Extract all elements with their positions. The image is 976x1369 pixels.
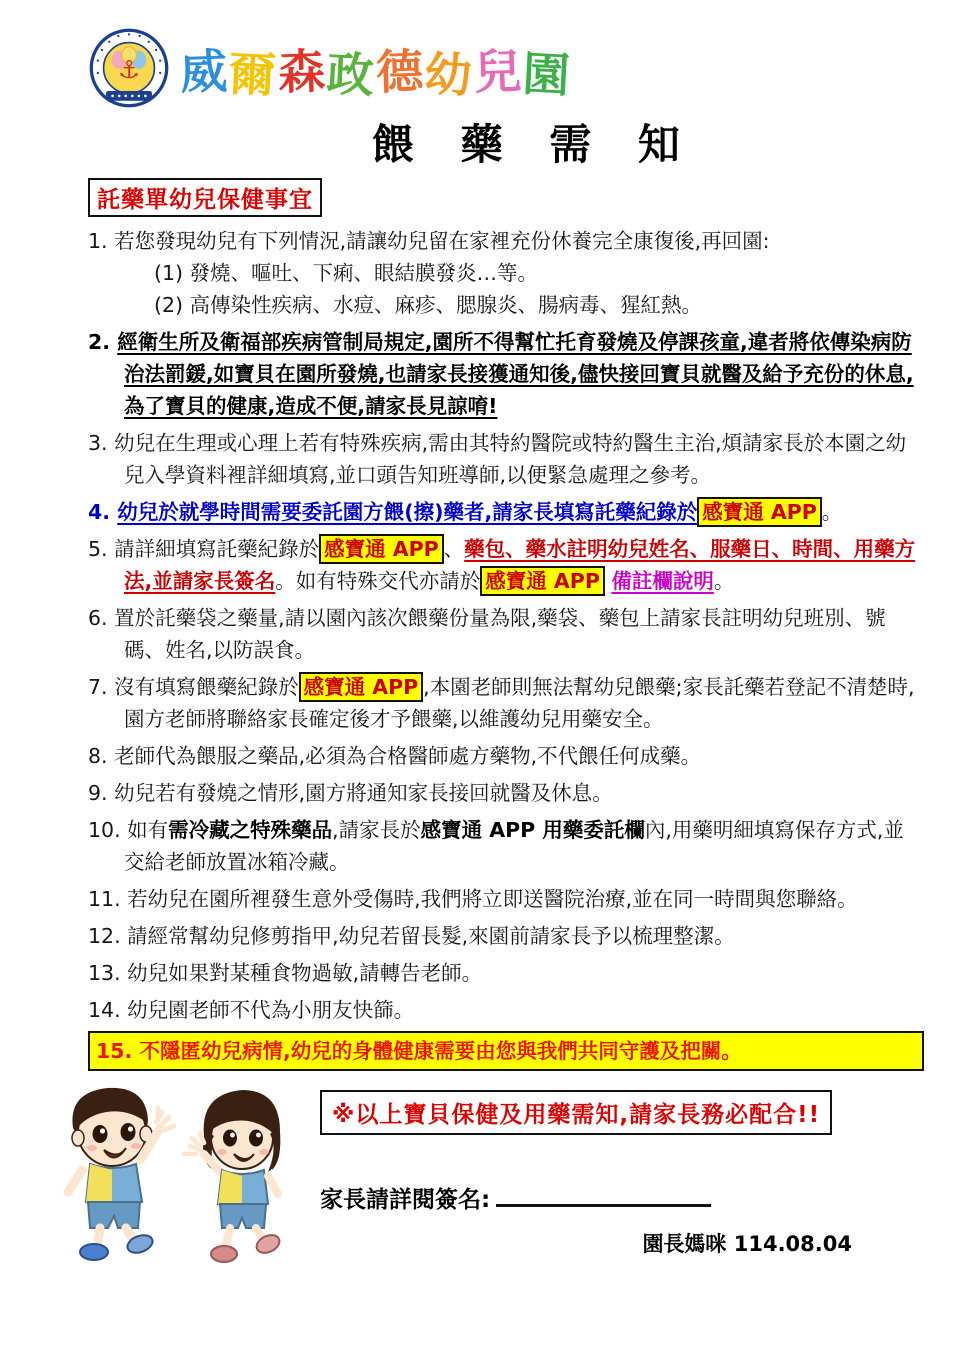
item-text-segment: 老師代為餵服之藥品,必須為合格醫師處方藥物,不代餵任何成藥。 bbox=[114, 744, 701, 768]
item-number: 1. bbox=[88, 229, 114, 253]
item-number: 15. bbox=[96, 1039, 139, 1063]
item-text-segment: 幼兒若有發燒之情形,園方將通知家長接回就醫及休息。 bbox=[114, 781, 613, 805]
item-number: 11. bbox=[88, 887, 127, 911]
item-text-segment: 感寶通 APP 用藥委託欄 bbox=[421, 818, 645, 842]
item-number: 4. bbox=[88, 500, 117, 524]
item-number: 14. bbox=[88, 998, 127, 1022]
footer-right: ※以上寶貝保健及用藥需知,請家長務必配合!! 家長請詳閱簽名: 園長媽咪 114… bbox=[320, 1076, 920, 1268]
date-line: 園長媽咪 114.08.04 bbox=[320, 1228, 920, 1258]
signature-row: 家長請詳閱簽名: bbox=[320, 1181, 920, 1214]
school-emblem-icon: ⚓ bbox=[88, 27, 170, 109]
item-text-segment: 幼兒在生理或心理上若有特殊疾病,需由其特約醫院或特約醫生主治,煩請家長於本園之幼… bbox=[114, 431, 906, 487]
school-name-char: 園 bbox=[521, 36, 573, 105]
item-number: 7. bbox=[88, 675, 114, 699]
children-illustration bbox=[28, 1076, 320, 1268]
item-text-segment: 幼兒園老師不代為小朋友快篩。 bbox=[127, 998, 414, 1022]
school-name-char: 兒 bbox=[473, 34, 524, 103]
notice-item-6: 6. 置於託藥袋之藥量,請以園內該次餵藥份量為限,藥袋、藥包上請家長註明幼兒班別… bbox=[88, 602, 916, 666]
notice-item-3: 3. 幼兒在生理或心理上若有特殊疾病,需由其特約醫院或特約醫生主治,煩請家長於本… bbox=[88, 427, 916, 491]
school-name-char: 德 bbox=[375, 34, 426, 103]
school-name-char: 森 bbox=[277, 34, 328, 103]
school-name-char: 政 bbox=[325, 36, 377, 105]
item-text-segment: 若您發現幼兒有下列情況,請讓幼兒留在家裡充份休養完全康復後,再回園: bbox=[114, 229, 769, 253]
notice-item-15: 15. 不隱匿幼兒病情,幼兒的身體健康需要由您與我們共同守護及把關。 bbox=[88, 1031, 924, 1071]
item-number: 10. bbox=[88, 818, 127, 842]
notice-page: ⚓ 威爾森政德幼兒園 餵 藥 需 知 託藥單幼兒保健事宜 1. 若您發現幼兒有下… bbox=[0, 0, 976, 1369]
item-text-segment: 幼兒如果對某種食物過敏,請轉告老師。 bbox=[127, 961, 482, 985]
notice-item-2: 2. 經衛生所及衛福部疾病管制局規定,園所不得幫忙托育發燒及停課孩童,違者將依傳… bbox=[88, 326, 916, 422]
item-number: 3. bbox=[88, 431, 114, 455]
item-text-segment: 請經常幫幼兒修剪指甲,幼兒若留長髮,來園前請家長予以梳理整潔。 bbox=[127, 924, 735, 948]
item-text-segment: 若幼兒在園所裡發生意外受傷時,我們將立即送醫院治療,並在同一時間與您聯絡。 bbox=[127, 887, 858, 911]
item-number: 2. bbox=[88, 330, 117, 354]
item-text-segment: 、 bbox=[444, 537, 465, 561]
item-text-segment: 幼兒於就學時間需要委託園方餵(擦)藥者,請家長填寫託藥紀錄於 bbox=[117, 500, 697, 524]
section-heading: 託藥單幼兒保健事宜 bbox=[88, 178, 322, 217]
item-number: 13. bbox=[88, 961, 127, 985]
school-name: 威爾森政德幼兒園 bbox=[180, 35, 572, 102]
school-name-char: 威 bbox=[179, 34, 230, 103]
notice-item-5: 5. 請詳細填寫託藥紀錄於感寶通 APP、藥包、藥水註明幼兒姓名、服藥日、時間、… bbox=[88, 533, 916, 597]
cartoon-boy bbox=[68, 1088, 174, 1260]
item-text-segment: 需冷藏之特殊藥品 bbox=[168, 818, 332, 842]
notice-item-7: 7. 沒有填寫餵藥紀錄於感寶通 APP,本園老師則無法幫幼兒餵藥;家長託藥若登記… bbox=[88, 671, 916, 735]
item-text-segment: 。 bbox=[822, 500, 843, 524]
app-highlight-badge: 感寶通 APP bbox=[299, 672, 424, 702]
item-text-segment: 。如有特殊交代亦請於 bbox=[275, 569, 480, 593]
notice-item-9: 9. 幼兒若有發燒之情形,園方將通知家長接回就醫及休息。 bbox=[88, 777, 916, 809]
cartoon-girl bbox=[184, 1090, 282, 1262]
item-text-segment: 如有 bbox=[127, 818, 168, 842]
item-number: 5. bbox=[88, 537, 114, 561]
item-number: 8. bbox=[88, 744, 114, 768]
footer: ※以上寶貝保健及用藥需知,請家長務必配合!! 家長請詳閱簽名: 園長媽咪 114… bbox=[88, 1076, 920, 1268]
signature-line bbox=[496, 1187, 711, 1207]
notice-item-4: 4. 幼兒於就學時間需要委託園方餵(擦)藥者,請家長填寫託藥紀錄於感寶通 APP… bbox=[88, 496, 916, 528]
notice-item-1: 1. 若您發現幼兒有下列情況,請讓幼兒留在家裡充份休養完全康復後,再回園:(1)… bbox=[88, 225, 916, 321]
item-number: 12. bbox=[88, 924, 127, 948]
app-highlight-badge: 感寶通 APP bbox=[697, 497, 822, 527]
app-highlight-badge: 感寶通 APP bbox=[480, 566, 605, 596]
item-text-segment: 置於託藥袋之藥量,請以園內該次餵藥份量為限,藥袋、藥包上請家長註明幼兒班別、號碼… bbox=[114, 606, 886, 662]
item-subline: (1) 發燒、嘔吐、下痢、眼結膜發炎…等。 bbox=[124, 257, 916, 289]
parent-note-box: ※以上寶貝保健及用藥需知,請家長務必配合!! bbox=[320, 1090, 832, 1135]
header: ⚓ 威爾森政德幼兒園 bbox=[88, 26, 920, 110]
item-number: 9. bbox=[88, 781, 114, 805]
item-text-segment: 備註欄說明 bbox=[611, 569, 714, 593]
page-title: 餵 藥 需 知 bbox=[148, 112, 920, 172]
notice-item-14: 14. 幼兒園老師不代為小朋友快篩。 bbox=[88, 994, 916, 1026]
item-text-segment: ,請家長於 bbox=[332, 818, 421, 842]
notice-item-8: 8. 老師代為餵服之藥品,必須為合格醫師處方藥物,不代餵任何成藥。 bbox=[88, 740, 916, 772]
notice-item-13: 13. 幼兒如果對某種食物過敏,請轉告老師。 bbox=[88, 957, 916, 989]
item-number: 6. bbox=[88, 606, 114, 630]
item-text-segment: 。 bbox=[714, 569, 735, 593]
signature-label: 家長請詳閱簽名: bbox=[320, 1187, 490, 1213]
item-text-segment: 不隱匿幼兒病情,幼兒的身體健康需要由您與我們共同守護及把關。 bbox=[139, 1039, 741, 1063]
item-text-segment: 沒有填寫餵藥紀錄於 bbox=[114, 675, 299, 699]
school-name-char: 幼 bbox=[423, 36, 475, 105]
school-name-char: 爾 bbox=[227, 36, 279, 105]
notice-item-11: 11. 若幼兒在園所裡發生意外受傷時,我們將立即送醫院治療,並在同一時間與您聯絡… bbox=[88, 883, 916, 915]
item-text-segment: 經衛生所及衛福部疾病管制局規定,園所不得幫忙托育發燒及停課孩童,違者將依傳染病防… bbox=[117, 330, 913, 418]
app-highlight-badge: 感寶通 APP bbox=[319, 534, 444, 564]
notice-list: 1. 若您發現幼兒有下列情況,請讓幼兒留在家裡充份休養完全康復後,再回園:(1)… bbox=[88, 225, 916, 1071]
notice-item-12: 12. 請經常幫幼兒修剪指甲,幼兒若留長髮,來園前請家長予以梳理整潔。 bbox=[88, 920, 916, 952]
svg-text:⚓: ⚓ bbox=[118, 55, 140, 84]
notice-item-10: 10. 如有需冷藏之特殊藥品,請家長於感寶通 APP 用藥委託欄內,用藥明細填寫… bbox=[88, 814, 916, 878]
item-text-segment: 請詳細填寫託藥紀錄於 bbox=[114, 537, 319, 561]
item-subline: (2) 高傳染性疾病、水痘、麻疹、腮腺炎、腸病毒、猩紅熱。 bbox=[124, 289, 916, 321]
